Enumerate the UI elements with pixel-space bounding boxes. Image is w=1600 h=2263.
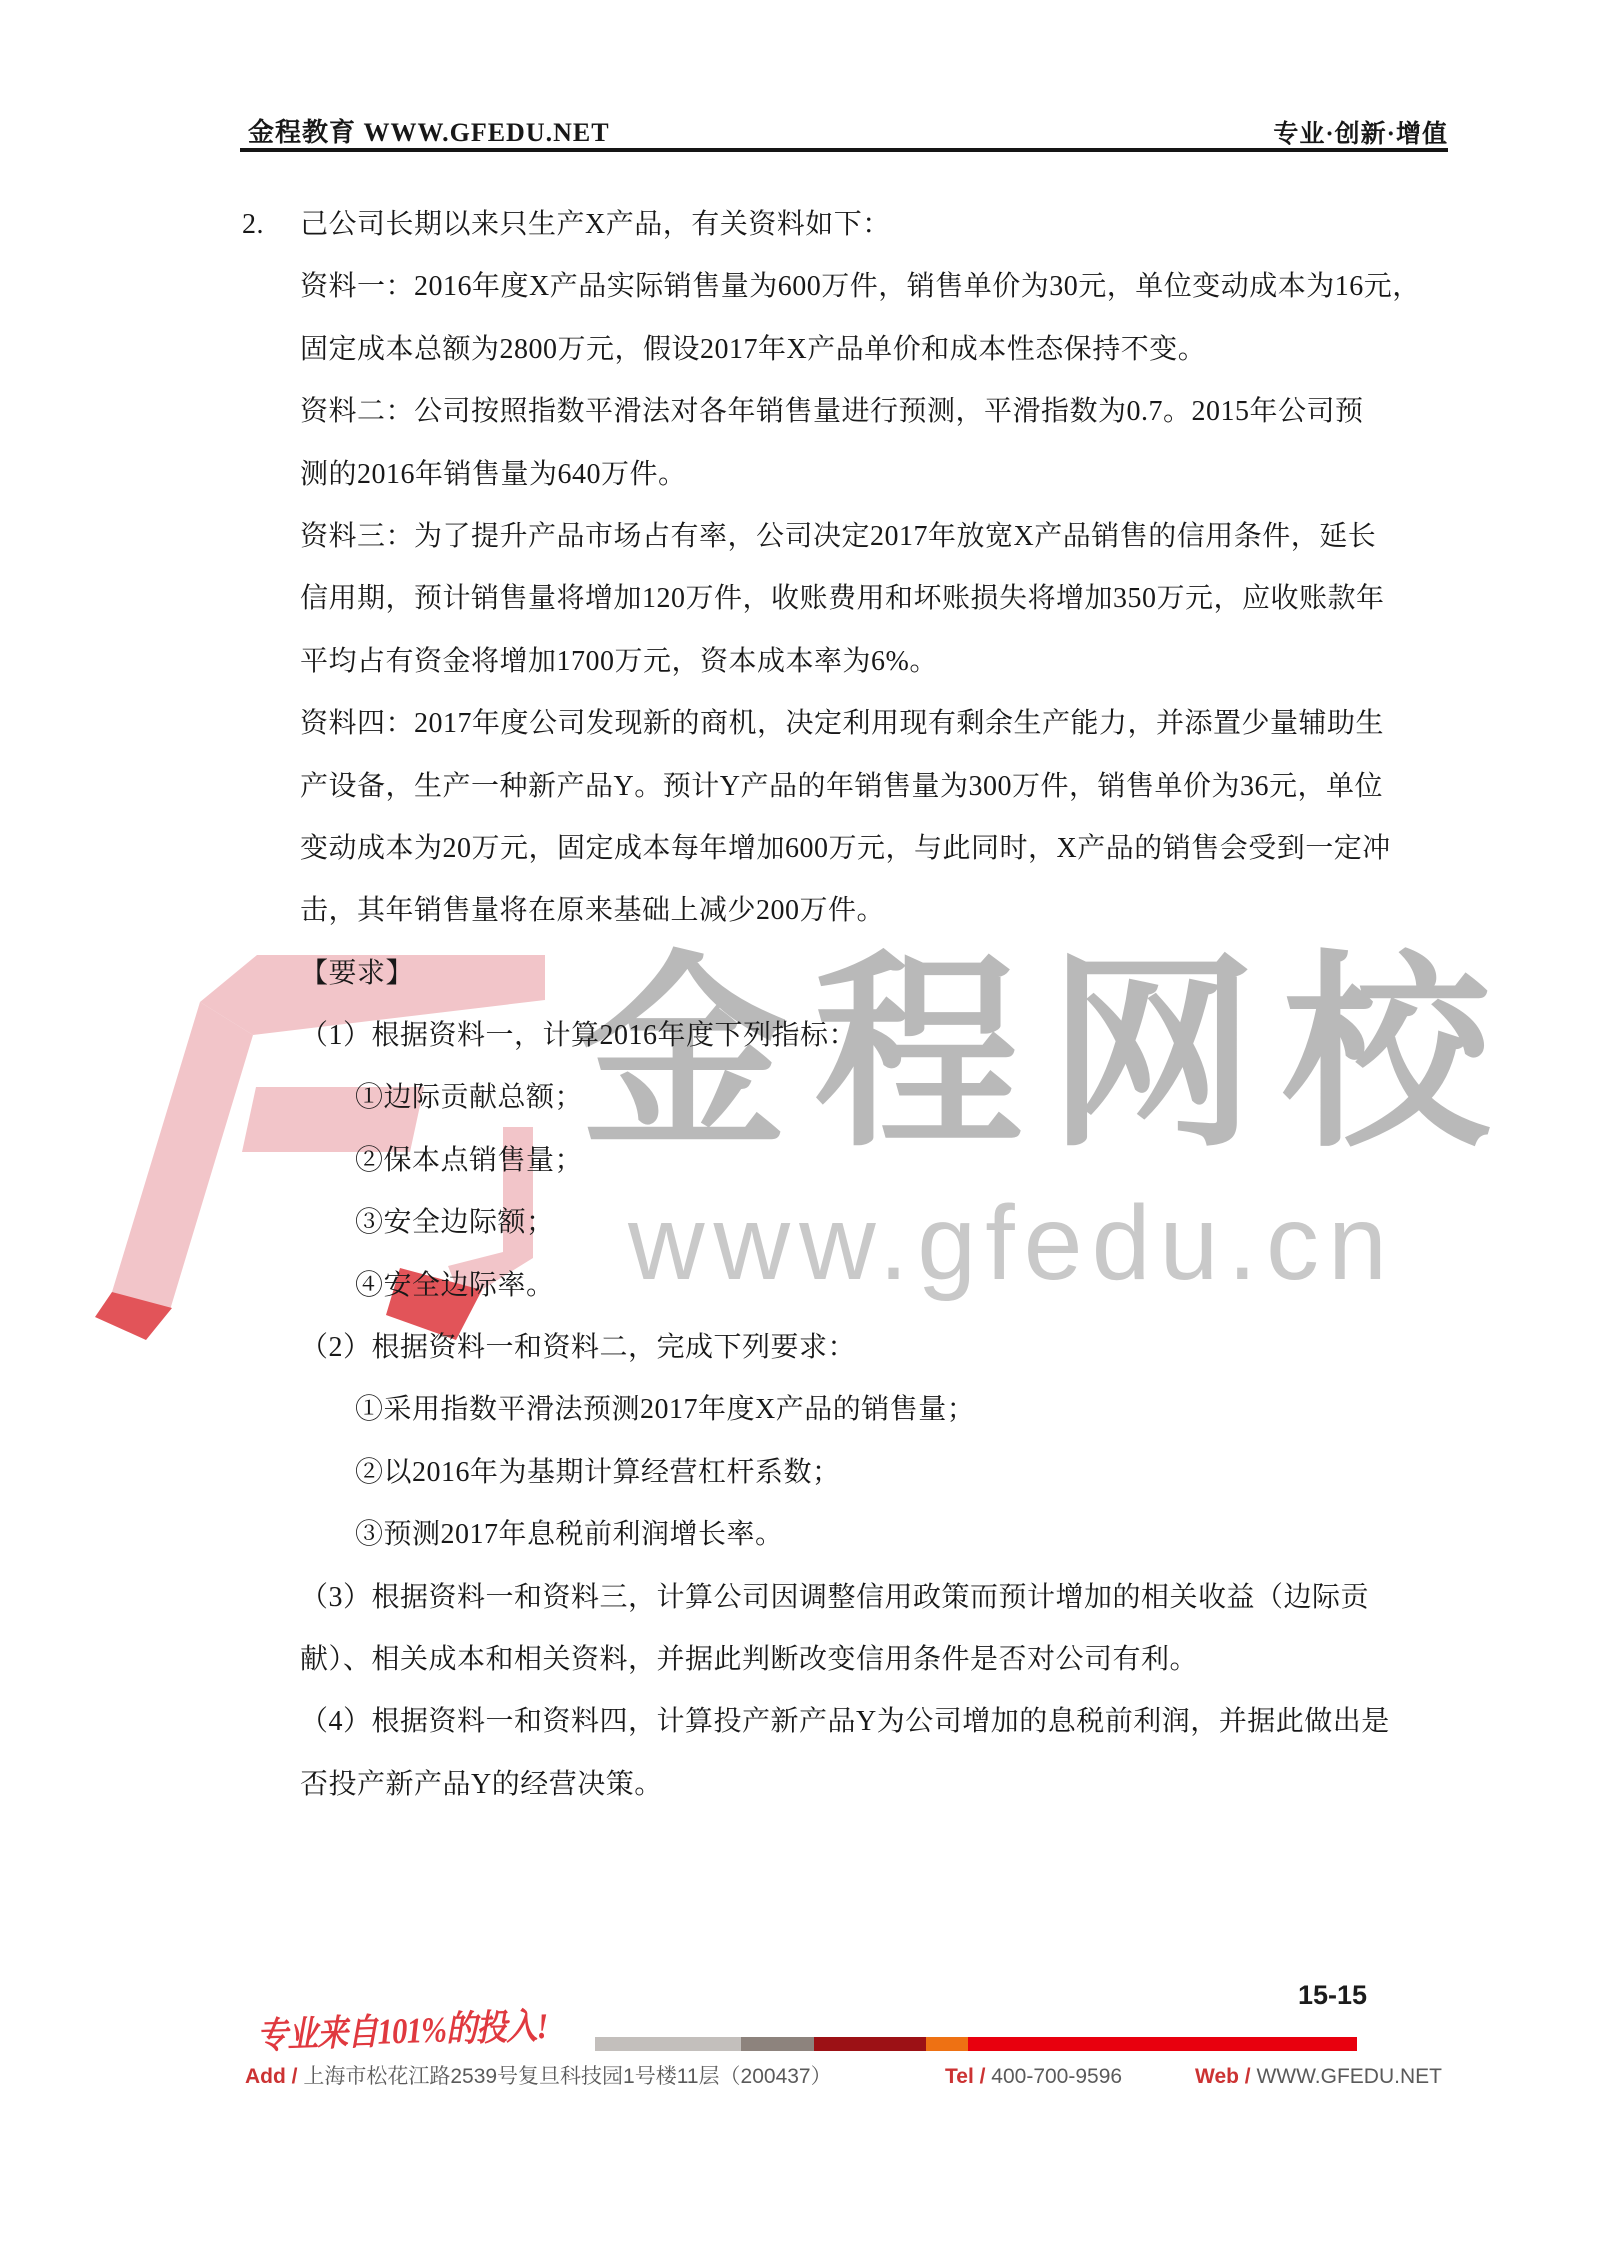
footer-color-bar bbox=[595, 2037, 1357, 2051]
doc-line: 产设备，生产一种新产品Y。预计Y产品的年销售量为300万件，销售单价为36元，单… bbox=[242, 756, 1482, 818]
doc-subline: ②保本点销售量； bbox=[242, 1130, 1482, 1192]
doc-line: 资料四：2017年度公司发现新的商机，决定利用现有剩余生产能力，并添置少量辅助生 bbox=[242, 693, 1482, 755]
address-value: 上海市松花江路2539号复旦科技园1号楼11层（200437） bbox=[303, 2065, 831, 2088]
doc-line: （2）根据资料一和资料二，完成下列要求： bbox=[242, 1317, 1482, 1379]
doc-line: 资料三：为了提升产品市场占有率，公司决定2017年放宽X产品销售的信用条件，延长 bbox=[242, 506, 1482, 568]
header-rule bbox=[240, 148, 1448, 152]
page-number: 15-15 bbox=[1298, 1980, 1367, 2011]
item-number: 2. bbox=[242, 194, 264, 256]
line-text: 己公司长期以来只生产X产品，有关资料如下： bbox=[300, 209, 891, 240]
tel-value: 400-700-9596 bbox=[991, 2065, 1122, 2088]
doc-line: 变动成本为20万元，固定成本每年增加600万元，与此同时，X产品的销售会受到一定… bbox=[242, 818, 1482, 880]
question-line: 2.己公司长期以来只生产X产品，有关资料如下： bbox=[242, 194, 1482, 256]
doc-line: 献）、相关成本和相关资料，并据此判断改变信用条件是否对公司有利。 bbox=[242, 1629, 1482, 1691]
scanned-exam-page: { "header": { "left": "金程教育 WWW.GFEDU.NE… bbox=[0, 0, 1600, 2263]
doc-line: 固定成本总额为2800万元，假设2017年X产品单价和成本性态保持不变。 bbox=[242, 319, 1482, 381]
doc-line: （4）根据资料一和资料四，计算投产新产品Y为公司增加的息税前利润，并据此做出是 bbox=[242, 1691, 1482, 1753]
doc-line: 资料一：2016年度X产品实际销售量为600万件，销售单价为30元，单位变动成本… bbox=[242, 256, 1482, 318]
doc-line: 平均占有资金将增加1700万元，资本成本率为6%。 bbox=[242, 631, 1482, 693]
doc-line: 测的2016年销售量为640万件。 bbox=[242, 444, 1482, 506]
doc-subline: ②以2016年为基期计算经营杠杆系数； bbox=[242, 1442, 1482, 1504]
doc-subline: ①边际贡献总额； bbox=[242, 1067, 1482, 1129]
requirements-heading: 【要求】 bbox=[242, 943, 1482, 1005]
bar-segment bbox=[926, 2037, 968, 2051]
doc-subline: ③安全边际额； bbox=[242, 1192, 1482, 1254]
doc-line: 否投产新产品Y的经营决策。 bbox=[242, 1754, 1482, 1816]
web-label: Web / bbox=[1195, 2065, 1251, 2088]
document-body: 2.己公司长期以来只生产X产品，有关资料如下： 资料一：2016年度X产品实际销… bbox=[242, 194, 1482, 1816]
header-motto: 专业·创新·增值 bbox=[1273, 114, 1448, 150]
address-label: Add / bbox=[245, 2065, 298, 2088]
bar-segment bbox=[741, 2037, 814, 2051]
doc-line: 信用期，预计销售量将增加120万件，收账费用和坏账损失将增加350万元，应收账款… bbox=[242, 568, 1482, 630]
bar-segment bbox=[814, 2037, 926, 2051]
bar-segment bbox=[968, 2037, 1357, 2051]
doc-line: （3）根据资料一和资料三，计算公司因调整信用政策而预计增加的相关收益（边际贡 bbox=[242, 1567, 1482, 1629]
doc-line: （1）根据资料一，计算2016年度下列指标： bbox=[242, 1005, 1482, 1067]
doc-line: 资料二：公司按照指数平滑法对各年销售量进行预测，平滑指数为0.7。2015年公司… bbox=[242, 381, 1482, 443]
header-site-title: 金程教育 WWW.GFEDU.NET bbox=[248, 112, 610, 149]
footer-telephone: Tel / 400-700-9596 bbox=[945, 2064, 1122, 2090]
footer-slogan: 专业来自101%的投入! bbox=[256, 1998, 548, 2059]
doc-subline: ③预测2017年息税前利润增长率。 bbox=[242, 1504, 1482, 1566]
tel-label: Tel / bbox=[945, 2065, 985, 2088]
doc-subline: ④安全边际率。 bbox=[242, 1255, 1482, 1317]
footer-website: Web / WWW.GFEDU.NET bbox=[1195, 2064, 1442, 2090]
doc-subline: ①采用指数平滑法预测2017年度X产品的销售量； bbox=[242, 1379, 1482, 1441]
footer-address: Add / 上海市松花江路2539号复旦科技园1号楼11层（200437） bbox=[245, 2064, 832, 2090]
bar-segment bbox=[595, 2037, 741, 2051]
doc-line: 击，其年销售量将在原来基础上减少200万件。 bbox=[242, 880, 1482, 942]
web-value: WWW.GFEDU.NET bbox=[1256, 2065, 1441, 2088]
